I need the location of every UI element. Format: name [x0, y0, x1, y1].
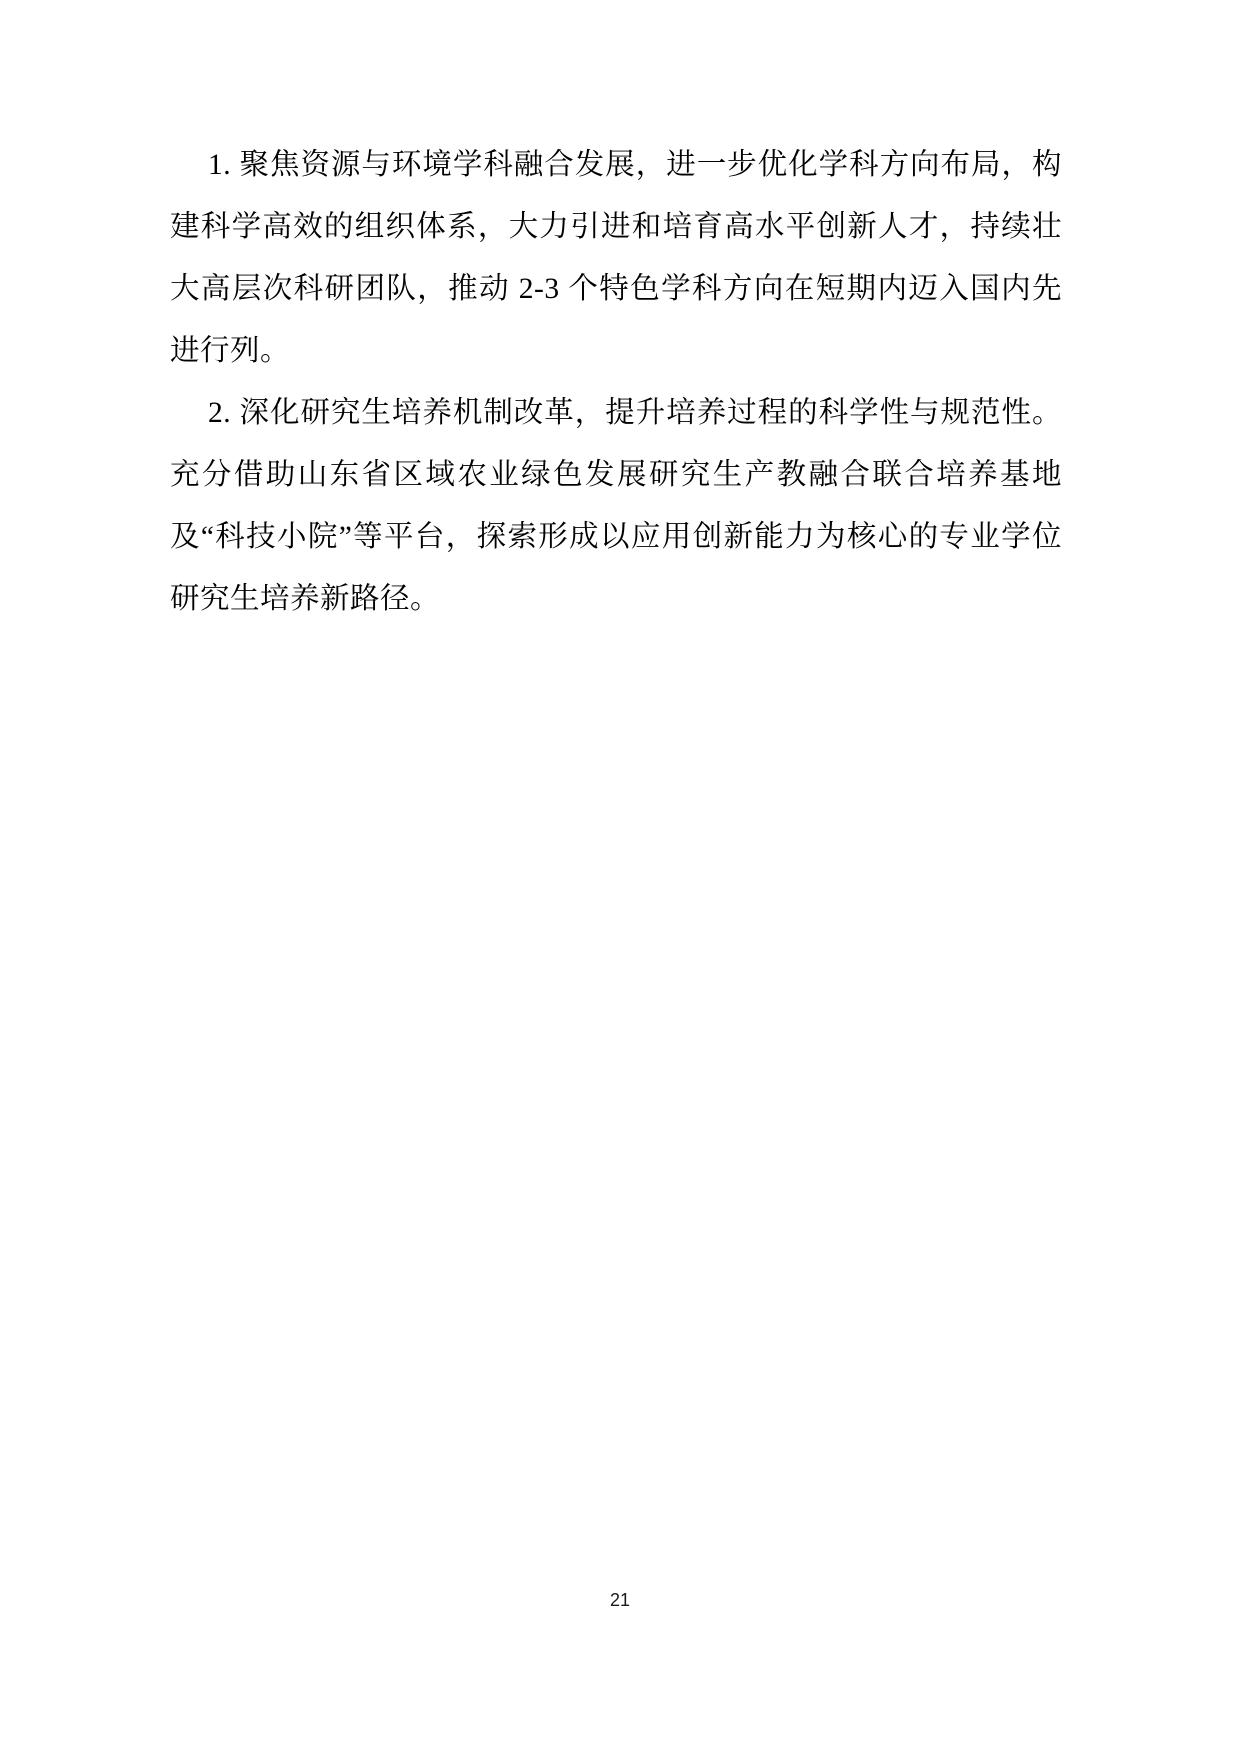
page-number: 21: [0, 1590, 1240, 1611]
page-body-text: 1. 聚焦资源与环境学科融合发展，进一步优化学科方向布局，构建科学高效的组织体系…: [170, 134, 1062, 630]
paragraph-2: 2. 深化研究生培养机制改革，提升培养过程的科学性与规范性。充分借助山东省区域农…: [170, 382, 1062, 630]
paragraph-1: 1. 聚焦资源与环境学科融合发展，进一步优化学科方向布局，构建科学高效的组织体系…: [170, 134, 1062, 382]
document-page: 1. 聚焦资源与环境学科融合发展，进一步优化学科方向布局，构建科学高效的组织体系…: [0, 0, 1240, 1753]
